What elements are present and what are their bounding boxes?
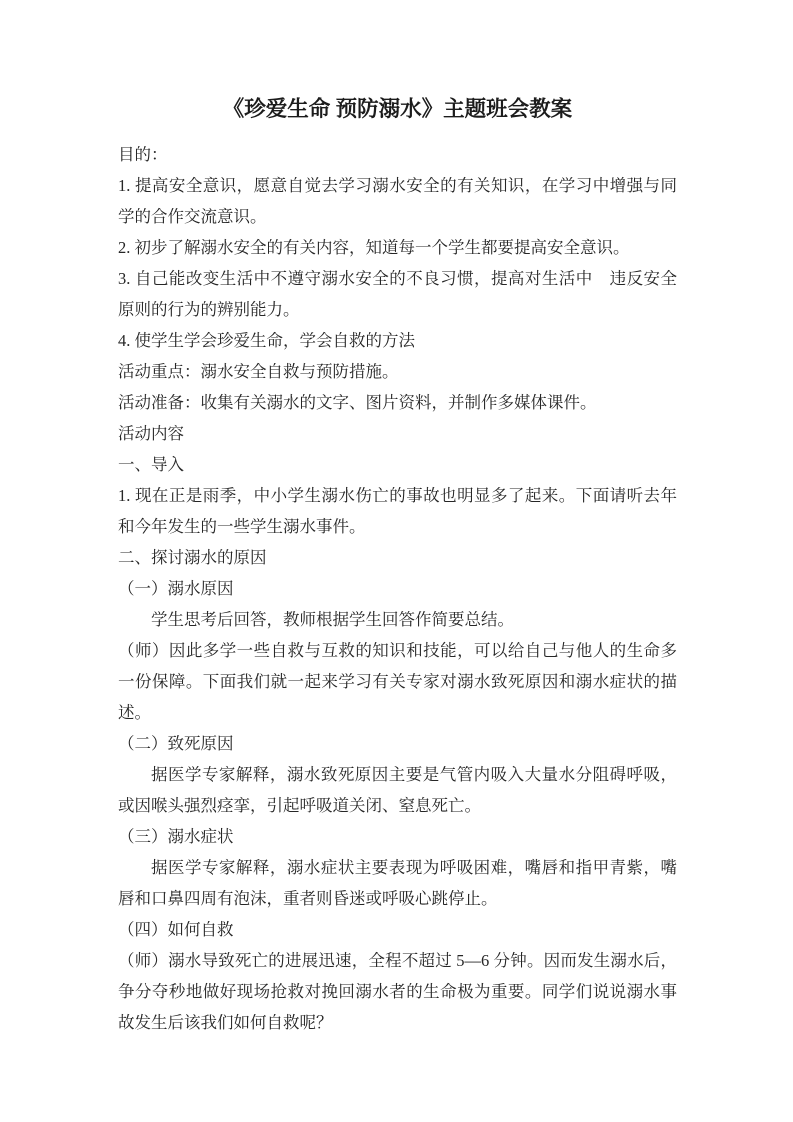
document-title: 《珍爱生命 预防溺水》主题班会教案: [118, 92, 677, 126]
paragraph-activity-prep: 活动准备：收集有关溺水的文字、图片资料，并制作多媒体课件。: [118, 387, 677, 418]
paragraph-activity-focus: 活动重点：溺水安全自救与预防措施。: [118, 356, 677, 387]
paragraph-heading-symptoms: （三）溺水症状: [118, 821, 677, 852]
paragraph-goal-2: 2. 初步了解溺水安全的有关内容，知道每一个学生都要提高安全意识。: [118, 232, 677, 263]
paragraph-intro-text: 1. 现在正是雨季，中小学生溺水伤亡的事故也明显多了起来。下面请听去年和今年发生…: [118, 480, 677, 542]
paragraph-teacher-note-1: （师）因此多学一些自救与互救的知识和技能，可以给自己与他人的生命多一份保障。下面…: [118, 635, 677, 728]
paragraph-heading-self-rescue: （四）如何自救: [118, 914, 677, 945]
paragraph-goal-1: 1. 提高安全意识，愿意自觉去学习溺水安全的有关知识，在学习中增强与同学的合作交…: [118, 170, 677, 232]
document-page: 《珍爱生命 预防溺水》主题班会教案 目的： 1. 提高安全意识，愿意自觉去学习溺…: [0, 0, 793, 1122]
paragraph-student-answer: 学生思考后回答，教师根据学生回答作简要总结。: [118, 604, 677, 635]
paragraph-death-cause-text: 据医学专家解释，溺水致死原因主要是气管内吸入大量水分阻碍呼吸，或因喉头强烈痉挛，…: [118, 759, 677, 821]
paragraph-goal-4: 4. 使学生学会珍爱生命，学会自救的方法: [118, 325, 677, 356]
paragraph-goal-3: 3. 自己能改变生活中不遵守溺水安全的不良习惯，提高对生活中 违反安全原则的行为…: [118, 263, 677, 325]
paragraph-section-1-intro: 一、导入: [118, 449, 677, 480]
paragraph-teacher-note-2: （师）溺水导致死亡的进展迅速，全程不超过 5—6 分钟。因而发生溺水后，争分夺秒…: [118, 945, 677, 1038]
paragraph-purpose-label: 目的：: [118, 139, 677, 170]
paragraph-activity-content: 活动内容: [118, 418, 677, 449]
document-body: 目的： 1. 提高安全意识，愿意自觉去学习溺水安全的有关知识，在学习中增强与同学…: [118, 139, 677, 1038]
paragraph-section-2-causes: 二、探讨溺水的原因: [118, 542, 677, 573]
paragraph-heading-cause: （一）溺水原因: [118, 573, 677, 604]
paragraph-heading-death-cause: （二）致死原因: [118, 728, 677, 759]
paragraph-symptoms-text: 据医学专家解释，溺水症状主要表现为呼吸困难，嘴唇和指甲青紫，嘴唇和口鼻四周有泡沫…: [118, 852, 677, 914]
